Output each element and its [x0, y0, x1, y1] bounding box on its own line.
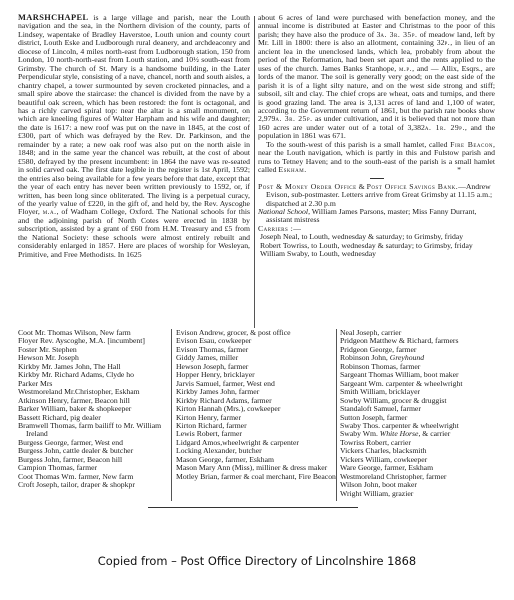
post-office-entry: Post & Money Order Office & Post Office … [258, 183, 495, 208]
section-divider [370, 178, 384, 179]
end-rule [148, 507, 358, 508]
eskham-name: Eskham [278, 165, 304, 174]
national-school-entry: National School, William James Parsons, … [258, 208, 495, 225]
residents-column-c: Neal Joseph, carrier Pridgeon Matthew & … [340, 329, 510, 498]
source-caption: Copied from – Post Office Directory of L… [0, 554, 514, 568]
left-prose-column: MARSHCHAPEL is a large village and paris… [18, 14, 250, 259]
resident-entry: Croft Joseph, tailor, draper & shopkpr [18, 481, 168, 489]
residents-column-b: Evison Andrew, grocer, & post office Evi… [176, 329, 336, 481]
charity-and-land-paragraph: about 6 acres of land were purchased wit… [258, 14, 495, 141]
residents-column-a: Coot Mr. Thomas Wilson, New farm Floyer … [18, 329, 168, 490]
inn-name: Greyhound [390, 353, 424, 362]
right-prose-column: about 6 acres of land were purchased wit… [258, 14, 495, 259]
column-divider [254, 16, 255, 328]
column-divider [336, 329, 337, 501]
marshchapel-description: MARSHCHAPEL is a large village and paris… [18, 14, 250, 259]
hamlets-paragraph: To the south-west of this parish is a sm… [258, 141, 495, 175]
resident-entry: Bramwell Thomas, farm bailiff to Mr. Wil… [18, 422, 168, 439]
resident-entry: Motley Brian, farmer & coal merchant, Fi… [176, 473, 336, 481]
asterisk-mark: * [449, 166, 461, 174]
resident-entry: Wright William, grazier [340, 490, 510, 498]
directory-page: MARSHCHAPEL is a large village and paris… [0, 0, 514, 600]
carrier-entry: William Swaby, to Louth, wednesday [258, 250, 495, 258]
column-divider [171, 329, 172, 501]
